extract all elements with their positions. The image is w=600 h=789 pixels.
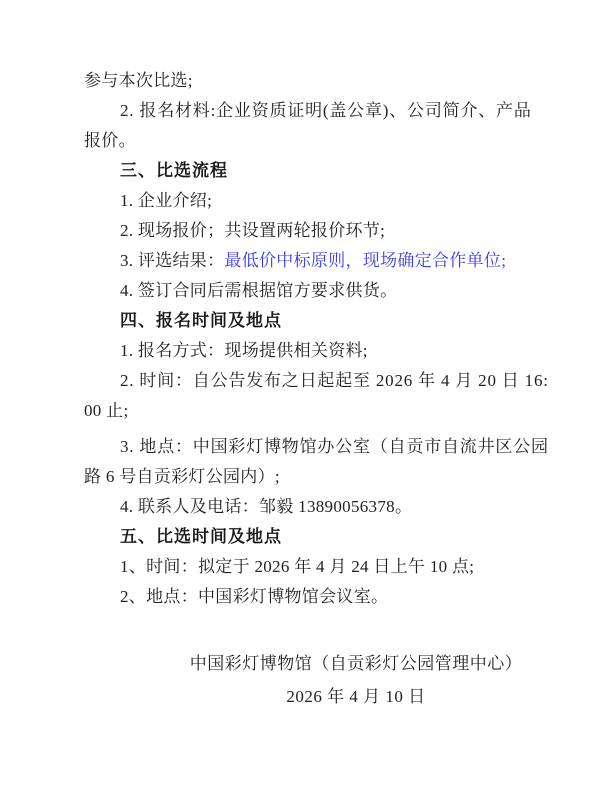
body-line-registration-location: 3. 地点：中国彩灯博物馆办公室（自贡市自流井区公园 — [84, 432, 536, 462]
selection-result-label: 3. 评选结果： — [120, 251, 224, 270]
body-line-onsite-quote: 2. 现场报价；共设置两轮报价环节; — [84, 216, 536, 246]
body-line-contract-supply: 4. 签订合同后需根据馆方要求供货。 — [84, 276, 536, 306]
body-line-selection-result: 3. 评选结果：最低价中标原则，现场确定合作单位; — [84, 246, 536, 276]
signature-date: 2026 年 4 月 10 日 — [176, 682, 536, 712]
heading-bixuan-process: 三、比选流程 — [84, 156, 536, 186]
body-line-continuation: 00 止; — [84, 396, 536, 426]
body-line-bixuan-time: 1、时间：拟定于 2026 年 4 月 24 日上午 10 点; — [84, 552, 536, 582]
highlight-blue-text: 最低价中标原则，现场确定合作单位; — [224, 251, 506, 270]
body-line-registration-method: 1. 报名方式：现场提供相关资料; — [84, 336, 536, 366]
signature-block: 中国彩灯博物馆（自贡彩灯公园管理中心） 2026 年 4 月 10 日 — [176, 649, 536, 712]
heading-bixuan-time-location: 五、比选时间及地点 — [84, 522, 536, 552]
body-line-registration-time: 2. 时间：自公告发布之日起起至 2026 年 4 月 20 日 16: — [84, 366, 536, 396]
document-page: 参与本次比选; 2. 报名材料:企业资质证明(盖公章)、公司简介、产品 报价。 … — [0, 0, 600, 789]
body-line-registration-materials: 2. 报名材料:企业资质证明(盖公章)、公司简介、产品 — [84, 96, 536, 126]
heading-registration-time-location: 四、报名时间及地点 — [84, 306, 536, 336]
body-line-continuation: 参与本次比选; — [84, 66, 536, 96]
signature-org: 中国彩灯博物馆（自贡彩灯公园管理中心） — [176, 649, 536, 679]
body-line-continuation: 报价。 — [84, 126, 536, 156]
body-line-bixuan-location: 2、地点：中国彩灯博物馆会议室。 — [84, 582, 536, 612]
body-line-company-intro: 1. 企业介绍; — [84, 186, 536, 216]
body-line-contact-phone: 4. 联系人及电话：邹毅 13890056378。 — [84, 492, 536, 522]
body-line-continuation: 路 6 号自贡彩灯公园内）; — [84, 462, 536, 492]
